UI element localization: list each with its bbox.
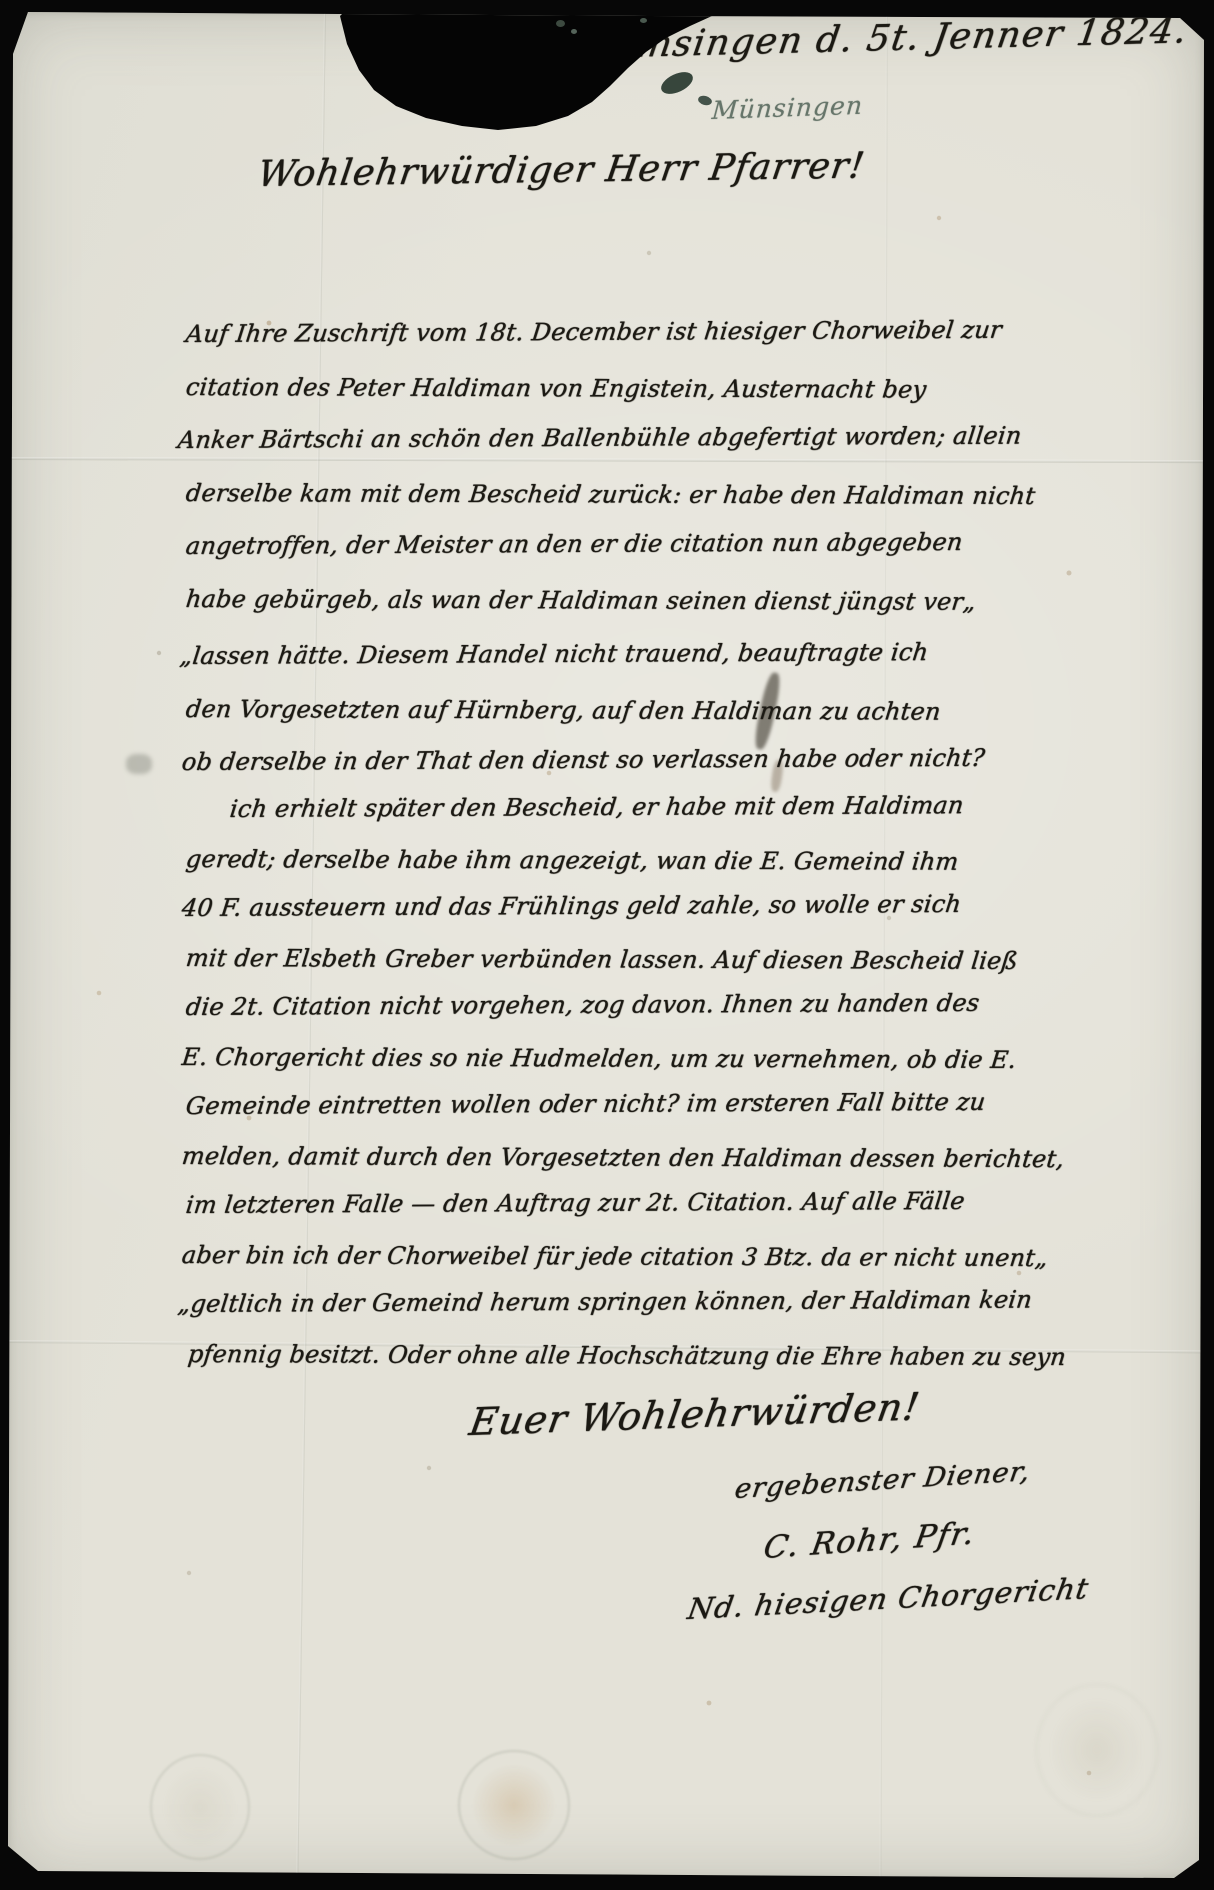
wax-seal-remnant: [640, 18, 647, 23]
wax-seal-remnant: [658, 68, 696, 99]
handwritten-line: Gemeinde eintretten wollen oder nicht? i…: [184, 1088, 987, 1120]
handwritten-line: geredt; derselbe habe ihm angezeigt, wan…: [184, 845, 959, 876]
handwritten-line: mit der Elsbeth Greber verbünden lassen.…: [184, 944, 1019, 975]
paper-speckles: [8, 12, 10, 14]
handwritten-line: Auf Ihre Zuschrift vom 18t. December ist…: [184, 316, 1003, 348]
wax-seal-remnant: [571, 29, 577, 34]
handwritten-line: „lassen hätte. Diesem Handel nicht traue…: [178, 638, 930, 670]
scan-background: { "scan": { "background_color": "#070707…: [0, 0, 1214, 1890]
salutation: Wohlehrwürdiger Herr Pfarrer!: [255, 146, 868, 195]
handwritten-line: die 2t. Citation nicht vorgehen, zog dav…: [184, 989, 981, 1021]
signature-line-3: Nd. hiesigen Chorgericht: [685, 1571, 1091, 1626]
handwritten-line: angetroffen, der Meister an den er die c…: [184, 528, 964, 560]
handwritten-line: aber bin ich der Chorweibel für jede cit…: [180, 1241, 1049, 1272]
stain: [1036, 1684, 1158, 1816]
wax-seal-remnant: [556, 20, 565, 27]
handwritten-line: melden, damit durch den Vorgesetzten den…: [180, 1142, 1065, 1173]
handwritten-line: ob derselbe in der That den dienst so ve…: [180, 744, 986, 776]
handwritten-line: Anker Bärtschi an schön den Ballenbühle …: [176, 422, 1023, 454]
handwritten-line: pfennig besitzt. Oder ohne alle Hochschä…: [186, 1340, 1067, 1371]
stain: [150, 1754, 250, 1860]
pencil-annotation: Münsingen: [711, 91, 864, 125]
fold-crease-horizontal: [8, 457, 1204, 463]
signature-line-2: C. Rohr, Pfr.: [761, 1515, 978, 1565]
handwritten-line: im letzteren Falle — den Auftrag zur 2t.…: [184, 1187, 966, 1219]
stain: [458, 1750, 570, 1860]
handwritten-line: citation des Peter Haldiman von Engistei…: [184, 373, 927, 404]
handwritten-line: den Vorgesetzten auf Hürnberg, auf den H…: [184, 695, 942, 726]
margin-smudge: [126, 754, 152, 774]
handwritten-line: habe gebürgeb, als wan der Haldiman sein…: [184, 585, 977, 616]
handwritten-line: „geltlich in der Gemeind herum springen …: [176, 1286, 1033, 1318]
wax-seal-remnant: [697, 94, 713, 106]
handwritten-line: 40 F. aussteuern und das Frühlings geld …: [180, 890, 962, 922]
handwritten-line: ich erhielt später den Bescheid, er habe…: [228, 791, 965, 823]
handwritten-line: E. Chorgericht dies so nie Hudmelden, um…: [180, 1043, 1017, 1074]
letter-paper: Münsingen d. 5t. Jenner 1824. Münsingen …: [8, 12, 1204, 1878]
torn-seal-hole: [340, 4, 732, 138]
handwritten-line: derselbe kam mit dem Bescheid zurück: er…: [184, 479, 1036, 510]
closing: Euer Wohlehrwürden!: [466, 1384, 923, 1444]
